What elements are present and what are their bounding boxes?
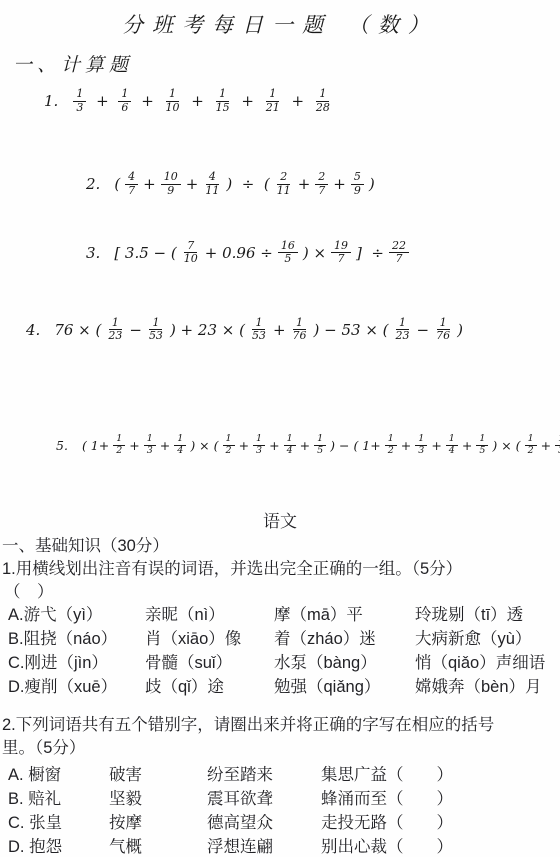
fraction-denominator: 2 [114,446,124,457]
fraction-numerator: 1 [73,88,86,102]
fraction: 13 [555,434,560,457]
option-cell: 歧（qǐ）途 [145,676,274,699]
option-row-C: C.刚进（jìn）骨髓（suǐ）水泵（bàng）悄（qiǎo）声细语 [8,652,560,675]
option-cell: 破害 [109,764,207,787]
fraction-numerator: 1 [118,88,131,102]
fraction-numerator: 2 [315,171,328,185]
option-row-C: C. 张皇按摩德高望众走投无路（ ） [8,812,560,835]
fraction-denominator: 10 [182,253,200,266]
math-text: ) × ( [492,438,520,453]
option-cell: 水泵（bàng） [274,652,415,675]
fraction: 12 [525,434,537,457]
fraction: 153 [250,317,268,343]
option-row-B: B. 赔礼坚毅震耳欲聋蜂涌而至（ ） [8,788,560,811]
math-text: − [417,321,430,339]
fraction: 710 [182,240,200,266]
fraction-denominator: 9 [352,185,363,198]
fraction-denominator: 4 [447,446,457,457]
fraction: 121 [264,88,282,114]
math-text: + [237,92,259,110]
math-text: + 0.96 ÷ [205,244,273,262]
fraction-denominator: 2 [526,446,536,457]
math-text: + [143,175,156,193]
fraction-denominator: 28 [314,102,332,115]
math-text: ) [369,175,375,193]
fraction-denominator: 11 [275,185,293,198]
math-text: ) + 23 × ( [170,321,245,339]
fraction: 13 [253,434,265,457]
fraction: 211 [275,171,293,197]
fraction-numerator: 5 [351,171,364,185]
fraction-denominator: 11 [203,185,221,198]
fraction-denominator: 9 [165,185,176,198]
fraction: 123 [394,317,412,343]
math-problem-3: 3.[ 3.5 − (710+ 0.96 ÷165) ×197] ÷227 [86,240,560,266]
fraction: 227 [389,240,409,266]
fraction: 47 [125,171,138,197]
option-cell: A. 橱窗 [8,764,109,787]
fraction: 59 [351,171,364,197]
fraction-numerator: 1 [316,88,329,102]
fraction-denominator: 7 [126,185,137,198]
q1-answer-blank: （ ） [4,581,560,604]
fraction: 15 [314,434,326,457]
math-text: [ 3.5 − ( [114,244,176,262]
fraction-denominator: 5 [282,253,293,266]
option-cell: 摩（mā）平 [274,604,415,627]
math-text: + [269,438,279,453]
fraction-denominator: 4 [175,446,185,457]
math-text: + [160,438,170,453]
fraction-denominator: 7 [316,185,327,198]
math-text: ) × ( [190,438,218,453]
math-text: + [186,175,199,193]
fraction: 27 [315,171,328,197]
option-cell: B. 赔礼 [8,788,109,811]
math-text: + [287,92,309,110]
math-text: 76 × ( [54,321,101,339]
fraction-denominator: 23 [106,330,124,343]
option-cell: 悄（qiǎo）声细语 [415,652,560,675]
fraction-denominator: 6 [119,102,130,115]
math-title: 分班考每日一题 （数） [0,0,560,39]
fraction-numerator: 1 [109,317,122,331]
fraction-denominator: 2 [386,446,396,457]
math-section: 分班考每日一题 （数） 一、计算题 1.13 + 16 + 110 + 115 … [0,0,560,457]
math-text: ) ÷ ( [226,175,269,193]
math-text: + [187,92,209,110]
math-section-label: 一、计算题 [13,50,560,77]
fraction-denominator: 53 [250,330,268,343]
q1-stem: 1.用横线划出注音有误的词语，并选出完全正确的一组。（5分） [2,558,560,581]
fraction-numerator: 1 [293,317,306,331]
option-row-A: A. 橱窗破害纷至踏来集思广益（ ） [8,764,560,787]
option-cell: 按摩 [109,812,207,835]
chinese-section: 语文 一、基础知识（30分） 1.用横线划出注音有误的词语，并选出完全正确的一组… [0,510,560,857]
fraction-denominator: 76 [434,330,452,343]
fraction-denominator: 53 [147,330,165,343]
fraction-numerator: 2 [277,171,290,185]
math-text: + [298,175,311,193]
fraction: 14 [174,434,186,457]
fraction: 123 [106,317,124,343]
q1-options: A.游弋（yì）亲昵（nì）摩（mā）平玲珑剔（tī）透B.阻挠（náo）肖（x… [0,604,560,699]
option-cell: 浮想连翩 [207,836,321,857]
option-row-B: B.阻挠（náo）肖（xiāo）像着（zháo）迷大病新愈（yù） [8,628,560,651]
math-text: + [129,438,139,453]
option-cell: C.刚进（jìn） [8,652,145,675]
fraction-denominator: 15 [214,102,232,115]
fraction-numerator: 1 [396,317,409,331]
fraction: 16 [118,88,131,114]
fraction-numerator: 1 [252,317,265,331]
option-cell: A.游弋（yì） [8,604,145,627]
exam-page: 分班考每日一题 （数） 一、计算题 1.13 + 16 + 110 + 115 … [0,0,560,857]
fraction: 12 [385,434,397,457]
fraction-denominator: 3 [145,446,155,457]
math-text: + [333,175,346,193]
fraction: 14 [284,434,296,457]
math-text: + [401,438,411,453]
fraction: 12 [113,434,125,457]
fraction-denominator: 3 [74,102,85,115]
fraction-denominator: 2 [224,446,234,457]
option-cell: 嫦娥奔（bèn）月 [415,676,560,699]
math-text: − [129,321,142,339]
fraction-denominator: 3 [254,446,264,457]
fraction: 115 [214,88,232,114]
option-cell: 纷至踏来 [207,764,321,787]
fraction-numerator: 19 [331,240,351,254]
fraction-denominator: 10 [164,102,182,115]
math-text: + [300,438,310,453]
fraction: 165 [278,240,298,266]
fraction: 411 [203,171,221,197]
fraction-denominator: 76 [291,330,309,343]
math-text: ( 1+ [82,438,109,453]
math-text: + [431,438,441,453]
fraction: 12 [223,434,235,457]
option-cell: 骨髓（suǐ） [145,652,274,675]
q2-stem-line1: 2.下列词语共有五个错别字，请圈出来并将正确的字写在相应的括号 [2,714,560,737]
option-cell: 着（zháo）迷 [274,628,415,651]
fraction-denominator: 4 [285,446,295,457]
fraction-denominator: 7 [394,253,405,266]
fraction: 176 [434,317,452,343]
math-text: ( [114,175,120,193]
q2-stem-line2: 里。（5分） [2,737,560,760]
fraction-numerator: 1 [166,88,179,102]
fraction-numerator: 1 [437,317,450,331]
problem-number: 5. [56,438,68,453]
fraction-numerator: 7 [184,240,197,254]
option-cell: 蜂涌而至（ ） [321,788,560,811]
fraction: 14 [446,434,458,457]
option-cell: 震耳欲聋 [207,788,321,811]
fraction-numerator: 4 [206,171,219,185]
option-cell: 勉强（qiǎng） [274,676,415,699]
option-cell: 别出心裁（ ） [321,836,560,857]
fraction-numerator: 1 [216,88,229,102]
fraction-denominator: 7 [336,253,347,266]
math-text: + [273,321,286,339]
fraction: 15 [476,434,488,457]
option-cell: 玲珑剔（tī）透 [415,604,560,627]
option-cell: D.瘦削（xuē） [8,676,145,699]
fraction-numerator: 1 [266,88,279,102]
option-cell: 德高望众 [207,812,321,835]
fraction-numerator: 16 [278,240,298,254]
fraction: 109 [161,171,181,197]
math-problems: 1.13 + 16 + 110 + 115 + 121 + 1282.(47+1… [0,88,560,457]
problem-number: 2. [86,175,100,193]
option-cell: 气概 [109,836,207,857]
math-text: ) [457,321,463,339]
fraction-numerator: 10 [161,171,181,185]
fraction-numerator: 1 [149,317,162,331]
fraction-numerator: 22 [389,240,409,254]
fraction: 13 [415,434,427,457]
fraction: 176 [291,317,309,343]
fraction-denominator: 3 [556,446,560,457]
math-problem-2: 2.(47+109+411) ÷ (211+27+59) [86,171,560,197]
math-text: + [91,92,113,110]
math-text: ) × [303,244,326,262]
option-cell: D. 抱怨 [8,836,109,857]
option-cell: 亲昵（nì） [145,604,274,627]
math-text: ] ÷ [356,244,384,262]
option-row-D: D. 抱怨气概浮想连翩别出心裁（ ） [8,836,560,857]
math-problem-5: 5.( 1+12+13+14) × (12+13+14+15) − ( 1+12… [56,434,560,457]
math-text: + [136,92,158,110]
option-row-D: D.瘦削（xuē）歧（qǐ）途勉强（qiǎng）嫦娥奔（bèn）月 [8,676,560,699]
fraction: 197 [331,240,351,266]
option-row-A: A.游弋（yì）亲昵（nì）摩（mā）平玲珑剔（tī）透 [8,604,560,627]
option-cell: 坚毅 [109,788,207,811]
math-text: ) − 53 × ( [314,321,389,339]
problem-number: 3. [86,244,100,262]
problem-number: 1. [44,92,58,110]
option-cell: C. 张皇 [8,812,109,835]
fraction-numerator: 4 [125,171,138,185]
math-text: + [541,438,551,453]
chinese-title: 语文 [0,510,560,533]
problem-number: 4. [26,321,40,339]
option-cell: B.阻挠（náo） [8,628,145,651]
fraction-denominator: 23 [394,330,412,343]
option-cell: 集思广益（ ） [321,764,560,787]
math-problem-4: 4.76 × (123−153) + 23 × (153+176) − 53 ×… [26,317,560,343]
option-cell: 肖（xiāo）像 [145,628,274,651]
math-text: + [239,438,249,453]
fraction: 110 [164,88,182,114]
q2-block: 2.下列词语共有五个错别字，请圈出来并将正确的字写在相应的括号 里。（5分） A… [0,714,560,857]
fraction-denominator: 5 [477,446,487,457]
fraction: 153 [147,317,165,343]
math-problem-1: 1.13 + 16 + 110 + 115 + 121 + 128 [44,88,560,114]
q2-options: A. 橱窗破害纷至踏来集思广益（ ）B. 赔礼坚毅震耳欲聋蜂涌而至（ ）C. 张… [0,764,560,857]
fraction: 13 [73,88,86,114]
fraction-denominator: 5 [315,446,325,457]
fraction: 13 [144,434,156,457]
fraction-denominator: 21 [264,102,282,115]
math-text: ) − ( 1+ [330,438,381,453]
option-cell: 走投无路（ ） [321,812,560,835]
fraction-denominator: 3 [416,446,426,457]
section-heading: 一、基础知识（30分） [2,535,560,558]
math-text: + [462,438,472,453]
option-cell: 大病新愈（yù） [415,628,560,651]
fraction: 128 [314,88,332,114]
